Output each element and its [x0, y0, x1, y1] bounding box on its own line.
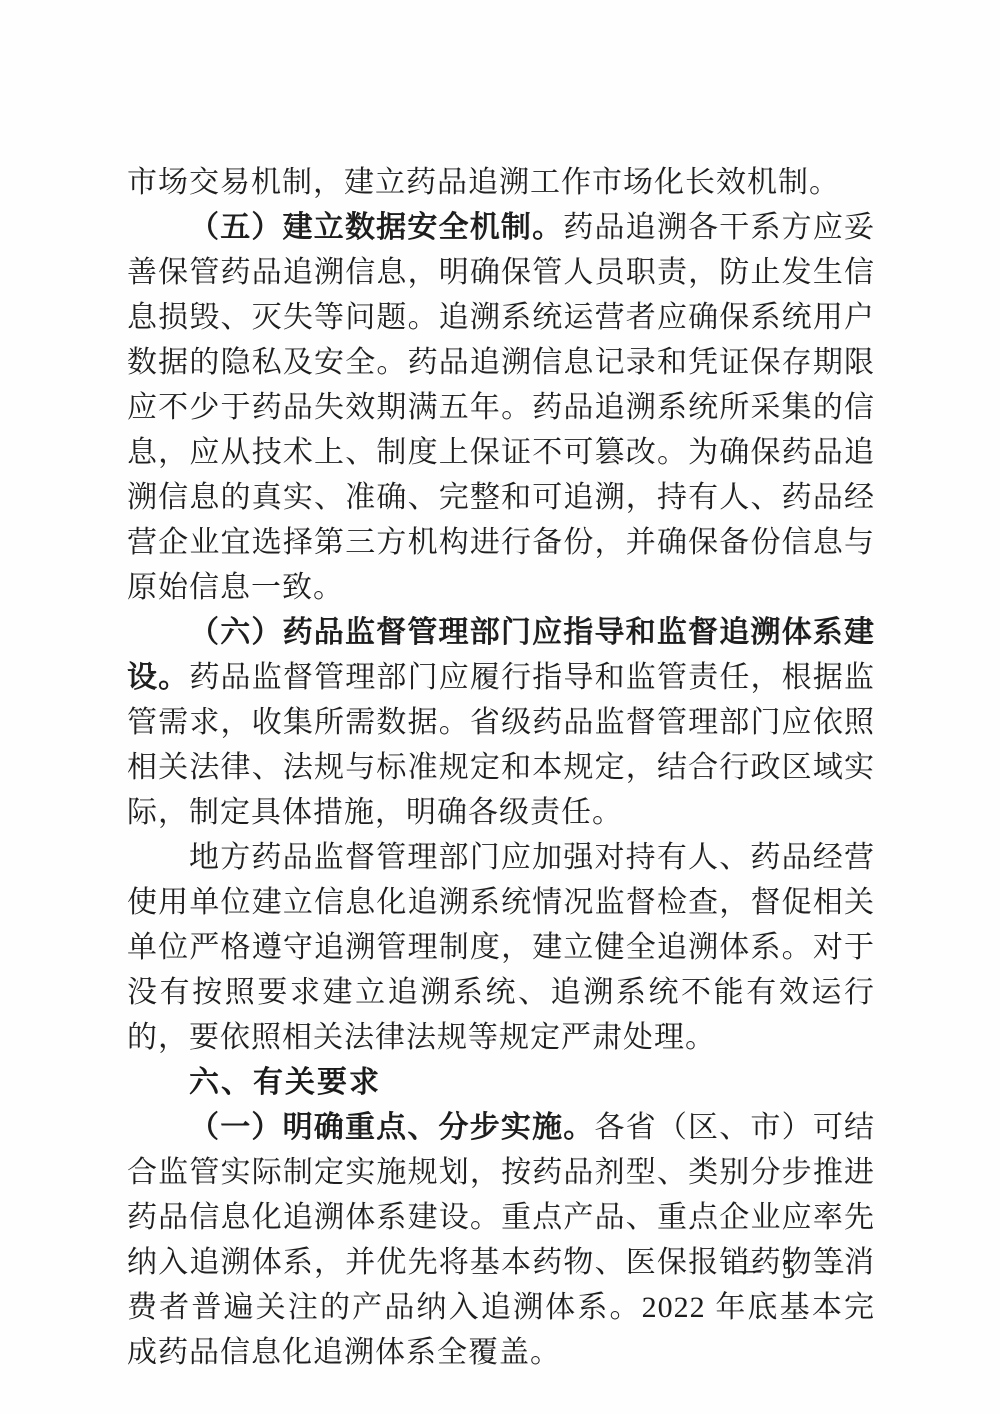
document-page: 市场交易机制，建立药品追溯工作市场化长效机制。 （五）建立数据安全机制。药品追溯…: [0, 0, 1000, 1414]
paragraph-text: 市场交易机制，建立药品追溯工作市场化长效机制。: [127, 166, 840, 199]
paragraph-text: 药品追溯各干系方应妥善保管药品追溯信息，明确保管人员职责，防止发生信息损毁、灭失…: [127, 211, 875, 604]
paragraph-lead: （一）明确重点、分步实施。: [189, 1111, 594, 1144]
paragraph-continuation: 市场交易机制，建立药品追溯工作市场化长效机制。: [127, 160, 875, 205]
paragraph-text: 地方药品监督管理部门应加强对持有人、药品经营使用单位建立信息化追溯系统情况监督检…: [127, 841, 875, 1054]
paragraph-section-5: （五）建立数据安全机制。药品追溯各干系方应妥善保管药品追溯信息，明确保管人员职责…: [127, 205, 875, 610]
paragraph-local-authorities: 地方药品监督管理部门应加强对持有人、药品经营使用单位建立信息化追溯系统情况监督检…: [127, 835, 875, 1060]
paragraph-item-1: （一）明确重点、分步实施。各省（区、市）可结合监管实际制定实施规划，按药品剂型、…: [127, 1105, 875, 1375]
paragraph-text: 药品监督管理部门应履行指导和监管责任，根据监管需求，收集所需数据。省级药品监督管…: [127, 661, 875, 829]
paragraph-lead: （五）建立数据安全机制。: [189, 211, 563, 244]
paragraph-text: 各省（区、市）可结合监管实际制定实施规划，按药品剂型、类别分步推进药品信息化追溯…: [127, 1111, 875, 1369]
section-heading-requirements: 六、有关要求: [127, 1060, 875, 1105]
page-number: — 5 —: [734, 1254, 850, 1285]
paragraph-section-6: （六）药品监督管理部门应指导和监督追溯体系建设。药品监督管理部门应履行指导和监管…: [127, 610, 875, 835]
document-body: 市场交易机制，建立药品追溯工作市场化长效机制。 （五）建立数据安全机制。药品追溯…: [127, 160, 875, 1375]
